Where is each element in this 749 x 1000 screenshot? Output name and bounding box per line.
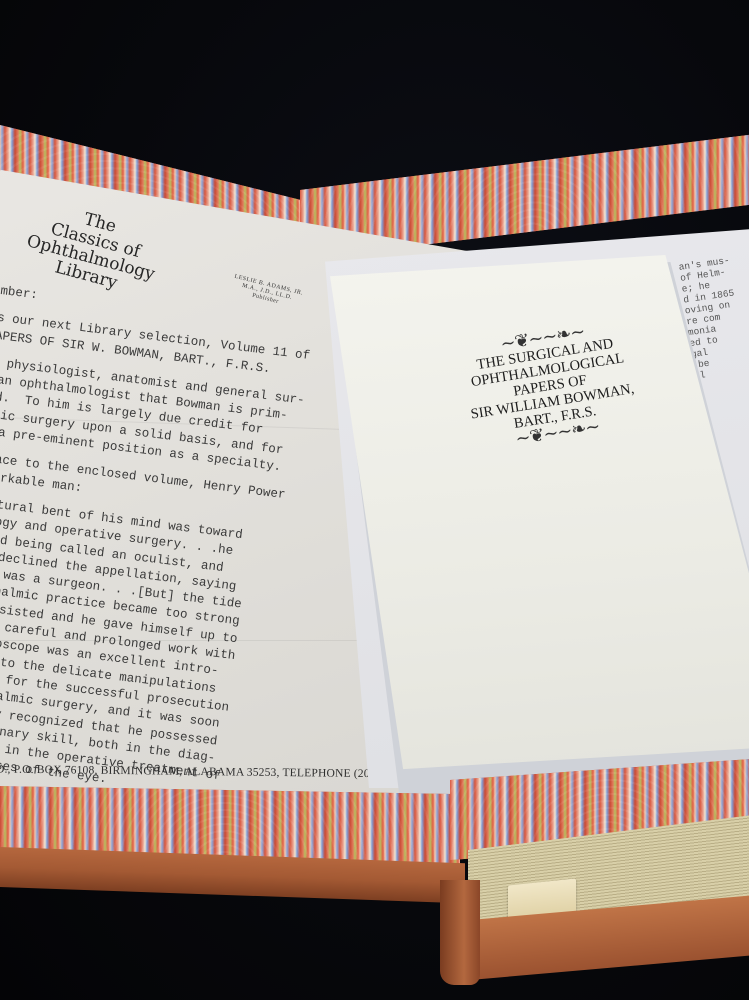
leather-spine (440, 880, 480, 985)
